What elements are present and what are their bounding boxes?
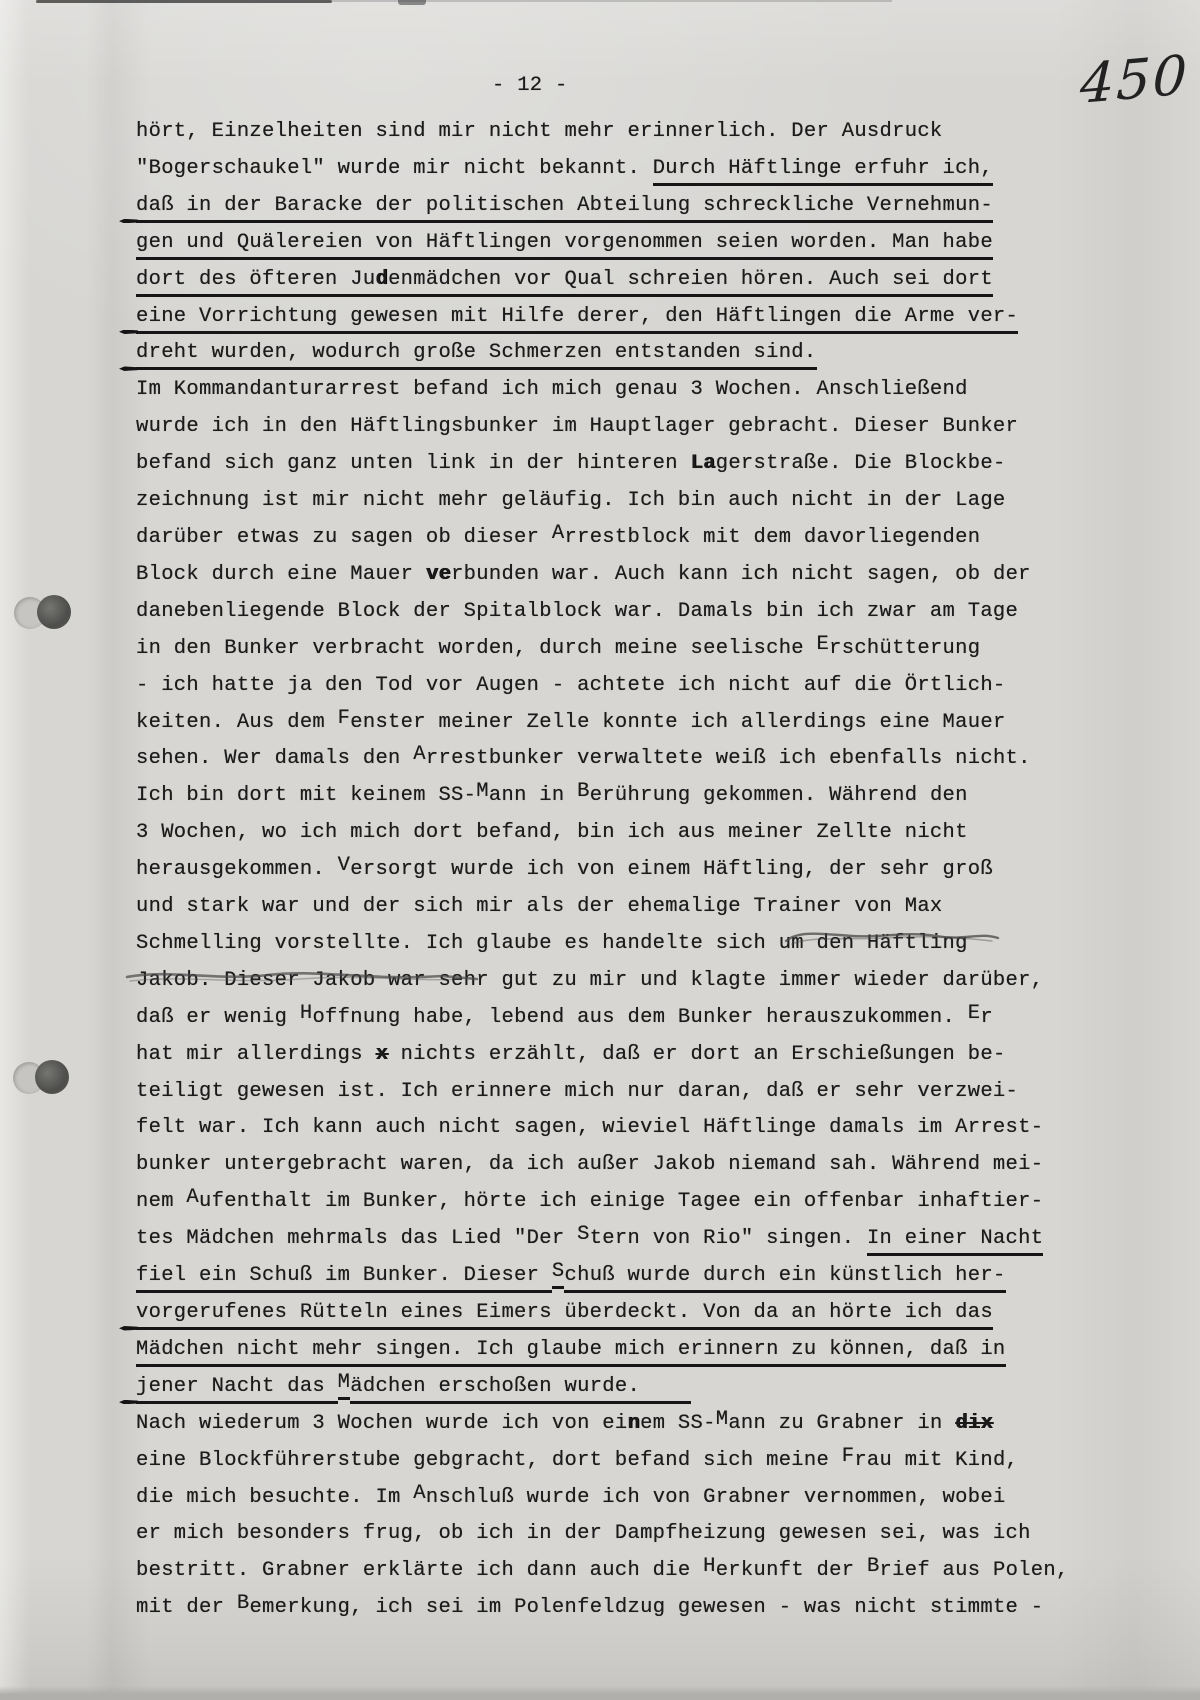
- scan-artifact-top-strip: [36, 0, 332, 3]
- text-line: darüber etwas zu sagen ob dieser Arrestb…: [136, 524, 1069, 561]
- text-line: befand sich ganz unten link in der hinte…: [136, 450, 1069, 487]
- text-line: hört, Einzelheiten sind mir nicht mehr e…: [136, 118, 1069, 155]
- text-line: hat mir allerdings x nichts erzählt, daß…: [136, 1041, 1069, 1078]
- text-line: fiel ein Schuß im Bunker. Dieser Schuß w…: [136, 1262, 1069, 1299]
- text-line: dort des öfteren Judenmädchen vor Qual s…: [136, 266, 1069, 303]
- text-line: 3 Wochen, wo ich mich dort befand, bin i…: [136, 819, 1069, 856]
- scan-artifact-top-blob: [398, 0, 426, 5]
- text-line: bunker untergebracht waren, da ich außer…: [136, 1151, 1069, 1188]
- text-line: jener Nacht das Mädchen erschoßen wurde.: [136, 1373, 1069, 1410]
- text-line: teiligt gewesen ist. Ich erinnere mich n…: [136, 1078, 1069, 1115]
- text-line: keiten. Aus dem Fenster meiner Zelle kon…: [136, 709, 1069, 746]
- text-line: - ich hatte ja den Tod vor Augen - achte…: [136, 672, 1069, 709]
- text-line: felt war. Ich kann auch nicht sagen, wie…: [136, 1114, 1069, 1151]
- scanned-page: - 12 - 450 hört, Einzelheiten sind mir n…: [0, 0, 1200, 1700]
- text-line: eine Vorrichtung gewesen mit Hilfe derer…: [136, 303, 1069, 340]
- text-line: wurde ich in den Häftlingsbunker im Haup…: [136, 413, 1069, 450]
- text-line: daß in der Baracke der politischen Abtei…: [136, 192, 1069, 229]
- text-line: herausgekommen. Versorgt wurde ich von e…: [136, 856, 1069, 893]
- typewritten-text: hört, Einzelheiten sind mir nicht mehr e…: [136, 118, 1069, 1631]
- text-line: nem Aufenthalt im Bunker, hörte ich eini…: [136, 1188, 1069, 1225]
- text-line: in den Bunker verbracht worden, durch me…: [136, 635, 1069, 672]
- text-line: Schmelling vorstellte. Ich glaube es han…: [136, 930, 1069, 967]
- text-line: gen und Quälereien von Häftlingen vorgen…: [136, 229, 1069, 266]
- text-line: bestritt. Grabner erklärte ich dann auch…: [136, 1557, 1069, 1594]
- hole-punch: [37, 595, 71, 629]
- text-line: zeichnung ist mir nicht mehr geläufig. I…: [136, 487, 1069, 524]
- handwritten-folio-number: 450: [1079, 43, 1190, 116]
- text-line: eine Blockführerstube gebgracht, dort be…: [136, 1447, 1069, 1484]
- text-line: Im Kommandanturarrest befand ich mich ge…: [136, 376, 1069, 413]
- text-line: danebenliegende Block der Spitalblock wa…: [136, 598, 1069, 635]
- hole-punch: [35, 1060, 69, 1094]
- text-line: dreht wurden, wodurch große Schmerzen en…: [136, 339, 1069, 376]
- text-line: die mich besuchte. Im Anschluß wurde ich…: [136, 1484, 1069, 1521]
- text-line: tes Mädchen mehrmals das Lied "Der Stern…: [136, 1225, 1069, 1262]
- text-line: er mich besonders frug, ob ich in der Da…: [136, 1520, 1069, 1557]
- text-line: mit der Bemerkung, ich sei im Polenfeldz…: [136, 1594, 1069, 1631]
- text-line: und stark war und der sich mir als der e…: [136, 893, 1069, 930]
- text-line: Block durch eine Mauer verbunden war. Au…: [136, 561, 1069, 598]
- text-line: Nach wiederum 3 Wochen wurde ich von ein…: [136, 1410, 1069, 1447]
- text-line: "Bogerschaukel" wurde mir nicht bekannt.…: [136, 155, 1069, 192]
- scan-edge: [0, 1686, 1200, 1700]
- text-line: vorgerufenes Rütteln eines Eimers überde…: [136, 1299, 1069, 1336]
- text-line: Jakob. Dieser Jakob war sehr gut zu mir …: [136, 967, 1069, 1004]
- text-line: sehen. Wer damals den Arrestbunker verwa…: [136, 745, 1069, 782]
- text-line: Mädchen nicht mehr singen. Ich glaube mi…: [136, 1336, 1069, 1373]
- page-number: - 12 -: [492, 74, 568, 97]
- text-line: Ich bin dort mit keinem SS-Mann in Berüh…: [136, 782, 1069, 819]
- text-line: daß er wenig Hoffnung habe, lebend aus d…: [136, 1004, 1069, 1041]
